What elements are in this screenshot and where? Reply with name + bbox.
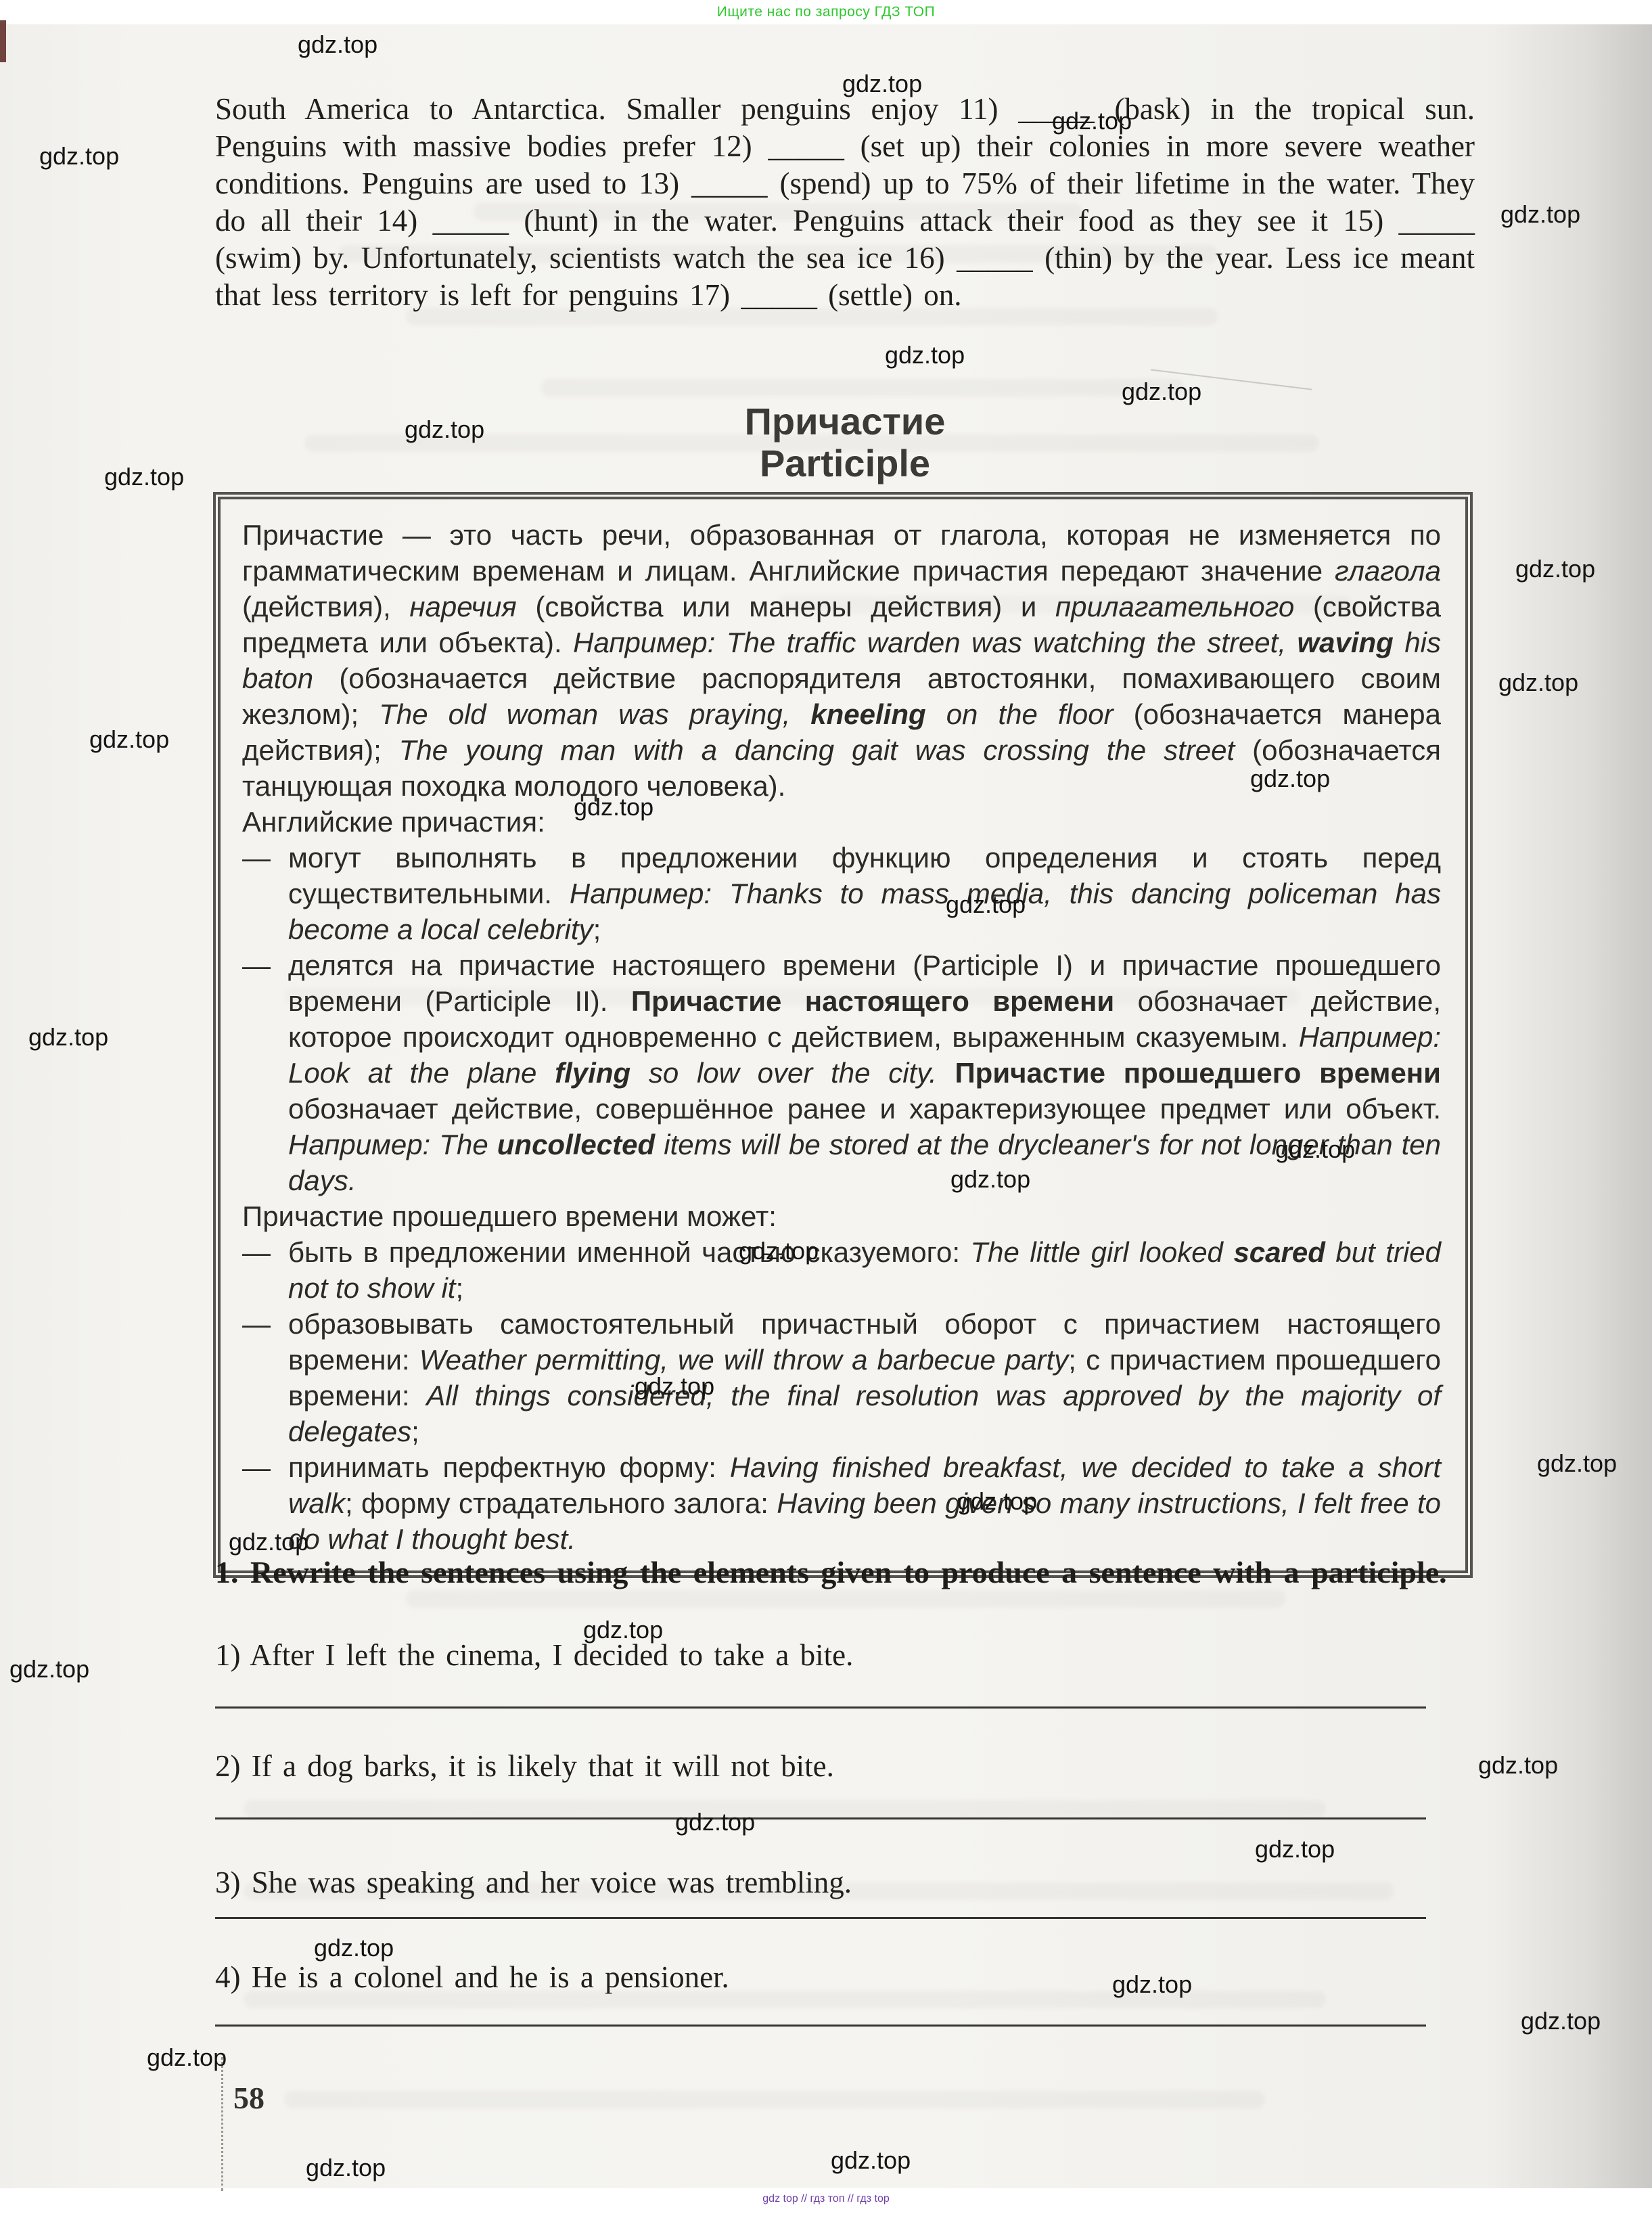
scanned-workbook-page: Ищите нас по запросу ГДЗ ТОП South Ameri… <box>0 0 1652 2216</box>
gdz-watermark: gdz.top <box>1478 1751 1558 1780</box>
gdz-watermark: gdz.top <box>885 341 965 369</box>
gdz-watermark: gdz.top <box>950 1165 1030 1194</box>
grammar-bullet-predicative: — быть в предложении именной частью сказ… <box>242 1234 1441 1306</box>
gdz-watermark: gdz.top <box>1255 1835 1335 1863</box>
gdz-watermark: gdz.top <box>147 2043 227 2072</box>
bullet-text: образовывать самостоятельный причастный … <box>288 1308 1441 1447</box>
gdz-watermark: gdz.top <box>1498 669 1578 697</box>
gdz-watermark: gdz.top <box>9 1655 89 1683</box>
grammar-rule-box: Причастие — это часть речи, образованная… <box>213 492 1473 1578</box>
penguin-gapfill-text: South America to Antarctica. Smaller pen… <box>215 91 1475 314</box>
exercise-item-3: 3) She was speaking and her voice was tr… <box>215 1865 1475 1900</box>
bullet-text: могут выполнять в предложении функцию оп… <box>288 842 1441 945</box>
gdz-watermark: gdz.top <box>842 70 922 98</box>
bullet-text: принимать перфектную форму: Having finis… <box>288 1451 1441 1555</box>
dash-bullet-marker: — <box>242 1449 271 1485</box>
section-title-english: Participle <box>215 441 1475 485</box>
footer-watermark: gdz top // гдз топ // гдз top <box>0 2193 1652 2205</box>
gdz-watermark: gdz.top <box>306 2154 386 2182</box>
gdz-watermark: gdz.top <box>675 1808 755 1836</box>
gdz-watermark: gdz.top <box>1250 765 1330 793</box>
gdz-watermark: gdz.top <box>314 1934 394 1962</box>
gdz-watermark: gdz.top <box>1521 2007 1601 2035</box>
dash-bullet-marker: — <box>242 1234 271 1270</box>
grammar-definition-paragraph: Причастие — это часть речи, образованная… <box>242 517 1441 804</box>
grammar-bullet-attribute: — могут выполнять в предложении функцию … <box>242 840 1441 947</box>
dash-bullet-marker: — <box>242 1306 271 1342</box>
promo-banner: Ищите нас по запросу ГДЗ ТОП <box>0 4 1652 20</box>
bullet-text: делятся на причастие настоящего времени … <box>288 949 1441 1196</box>
gdz-watermark: gdz.top <box>635 1372 714 1401</box>
gdz-watermark: gdz.top <box>1052 107 1132 135</box>
answer-blank-line <box>215 2025 1426 2027</box>
gdz-watermark: gdz.top <box>831 2146 911 2175</box>
gdz-watermark: gdz.top <box>1515 555 1595 583</box>
participle-list-intro: Английские причастия: <box>242 804 1441 840</box>
exercise-item-4: 4) He is a colonel and he is a pensioner… <box>215 1960 1475 1995</box>
answer-blank-line <box>215 1706 1426 1709</box>
gdz-watermark: gdz.top <box>583 1616 663 1644</box>
exercise-item-1: 1) After I left the cinema, I decided to… <box>215 1637 1475 1673</box>
answer-blank-line <box>215 1917 1426 1919</box>
dash-bullet-marker: — <box>242 840 271 876</box>
past-participle-intro: Причастие прошедшего времени может: <box>242 1198 1441 1234</box>
exercise-1-title: 1. Rewrite the sentences using the eleme… <box>215 1551 1475 1594</box>
grammar-bullet-types: — делятся на причастие настоящего времен… <box>242 947 1441 1198</box>
bullet-text: быть в предложении именной частью сказуе… <box>288 1236 1441 1304</box>
gdz-watermark: gdz.top <box>1500 200 1580 229</box>
gdz-watermark: gdz.top <box>229 1528 308 1556</box>
gdz-watermark: gdz.top <box>1122 378 1201 406</box>
gdz-watermark: gdz.top <box>574 793 653 821</box>
gdz-watermark: gdz.top <box>28 1023 108 1052</box>
gdz-watermark: gdz.top <box>1112 1970 1192 1999</box>
gdz-watermark: gdz.top <box>1275 1135 1355 1164</box>
scan-corner-artifact <box>0 20 6 62</box>
grammar-bullet-perfect-form: — принимать перфектную форму: Having fin… <box>242 1449 1441 1557</box>
dash-bullet-marker: — <box>242 947 271 983</box>
gdz-watermark: gdz.top <box>739 1237 819 1265</box>
gdz-watermark: gdz.top <box>89 725 169 754</box>
grammar-bullet-absolute-construction: — образовывать самостоятельный причастны… <box>242 1306 1441 1449</box>
spine-dotted-line <box>221 2057 223 2191</box>
gdz-watermark: gdz.top <box>298 30 377 59</box>
gdz-watermark: gdz.top <box>1537 1449 1617 1478</box>
gdz-watermark: gdz.top <box>957 1487 1037 1516</box>
page-number: 58 <box>233 2080 265 2116</box>
answer-blank-line <box>215 1817 1426 1819</box>
exercise-item-2: 2) If a dog barks, it is likely that it … <box>215 1748 1475 1784</box>
gdz-watermark: gdz.top <box>39 142 119 171</box>
gdz-watermark: gdz.top <box>104 463 184 491</box>
gdz-watermark: gdz.top <box>946 890 1026 919</box>
gdz-watermark: gdz.top <box>405 415 484 444</box>
